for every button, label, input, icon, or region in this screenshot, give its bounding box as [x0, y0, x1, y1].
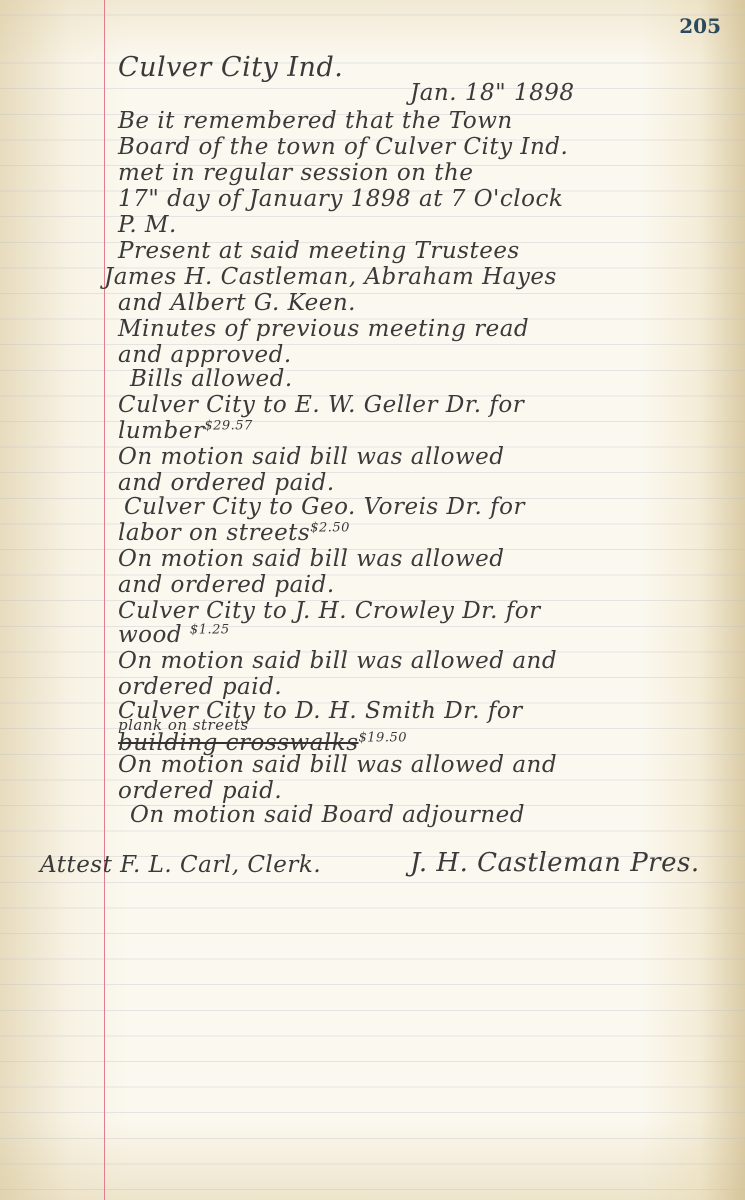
minutes-line: and approved. — [118, 342, 292, 368]
motion-line: and ordered paid. — [118, 572, 335, 598]
attest-clerk: Attest F. L. Carl, Clerk. — [40, 852, 321, 878]
motion-line: ordered paid. — [118, 778, 282, 804]
bill-line: Culver City to Geo. Voreis Dr. for — [124, 494, 525, 520]
motion-line: On motion said bill was allowed and — [118, 648, 557, 674]
minutes-line: 17" day of January 1898 at 7 O'clock — [118, 186, 563, 212]
entry-date: Jan. 18" 1898 — [410, 80, 575, 106]
bill-line: Culver City to E. W. Geller Dr. for — [118, 392, 524, 418]
bills-allowed-heading: Bills allowed. — [130, 366, 293, 392]
minutes-line: Board of the town of Culver City Ind. — [118, 134, 568, 160]
minutes-line: and Albert G. Keen. — [118, 290, 356, 316]
ledger-page: 205 Culver City Ind. Jan. 18" 1898 Be it… — [0, 0, 745, 1200]
adjournment-line: On motion said Board adjourned — [130, 802, 525, 828]
minutes-line: P. M. — [118, 212, 177, 238]
motion-line: On motion said bill was allowed — [118, 444, 505, 470]
bill-description: lumber — [118, 418, 204, 444]
motion-line: ordered paid. — [118, 674, 282, 700]
bill-amount: $2.50 — [310, 520, 350, 535]
minutes-line: Be it remembered that the Town — [118, 108, 513, 134]
motion-line: On motion said bill was allowed and — [118, 752, 557, 778]
bill-item: wood $1.25 — [118, 622, 230, 648]
bill-amount: $1.25 — [190, 622, 230, 637]
minutes-line: met in regular session on the — [118, 160, 473, 186]
president-signature: J. H. Castleman Pres. — [410, 848, 700, 878]
minutes-line: Present at said meeting Trustees — [118, 238, 520, 264]
minutes-line: Minutes of previous meeting read — [118, 316, 529, 342]
entry-heading: Culver City Ind. — [118, 52, 343, 83]
bill-amount: $29.57 — [204, 418, 253, 433]
bill-line: Culver City to J. H. Crowley Dr. for — [118, 598, 541, 624]
minutes-line: James H. Castleman, Abraham Hayes — [104, 264, 557, 290]
bill-description: labor on streets — [118, 520, 310, 546]
motion-line: On motion said bill was allowed — [118, 546, 505, 572]
page-number: 205 — [679, 14, 721, 38]
bill-amount: $19.50 — [359, 730, 408, 745]
bill-item: lumber$29.57 — [118, 418, 253, 444]
bill-item: labor on streets$2.50 — [118, 520, 350, 546]
motion-line: and ordered paid. — [118, 470, 335, 496]
bill-description: wood — [118, 622, 182, 648]
margin-line — [104, 0, 105, 1200]
